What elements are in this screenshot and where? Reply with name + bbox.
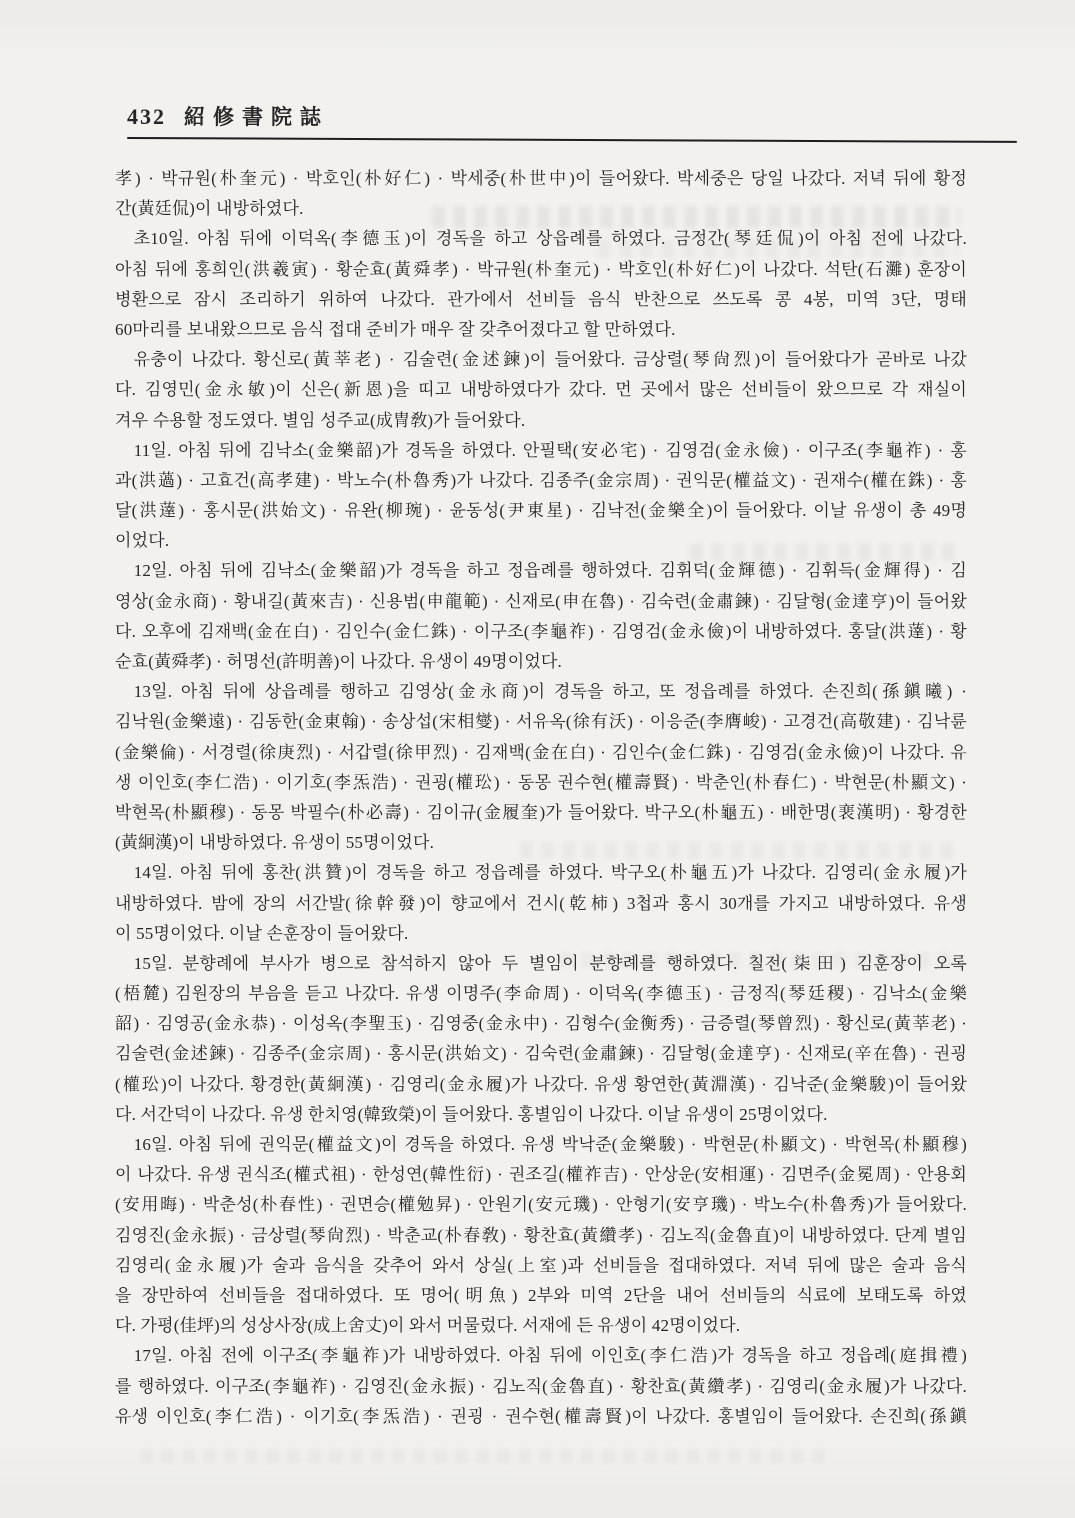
text-line: 17일. 아침 전에 이구조(李龜祚)가 내방하였다. 아침 뒤에 이인호(李仁…: [115, 1341, 967, 1371]
text-line: 김영진(金永振) · 금상렬(琴尙烈) · 박춘교(朴春敎) · 황찬효(黃纘孝…: [115, 1221, 967, 1251]
page-number: 432: [127, 104, 166, 129]
text-line: 병환으로 잠시 조리하기 위하여 나갔다. 관가에서 선비들 음식 반찬으로 쓰…: [115, 285, 967, 315]
text-line: (權玜)이 나갔다. 황경한(黃絅漢) · 김영리(金永履)가 나갔다. 유생 …: [115, 1070, 967, 1100]
text-line: 11일. 아침 뒤에 김낙소(金樂韶)가 경독을 하였다. 안필택(安必宅) ·…: [115, 436, 967, 466]
book-title: 紹修書院誌: [184, 105, 329, 129]
text-line: 유충이 나갔다. 황신로(黃莘老) · 김술련(金述鍊)이 들어왔다. 금상렬(…: [115, 345, 967, 375]
text-line: 를 행하였다. 이구조(李龜祚) · 김영진(金永振) · 김노직(金魯直) ·…: [115, 1372, 967, 1402]
page-header: 432紹修書院誌: [127, 101, 329, 131]
text-line: 유생 이인호(李仁浩) · 이기호(李炁浩) · 권굉 · 권수현(權壽賢)이 …: [115, 1402, 967, 1432]
text-line: (梧麓) 김원장의 부음을 듣고 나갔다. 유생 이명주(李命周) · 이덕옥(…: [115, 979, 967, 1009]
text-line: 16일. 아침 뒤에 권익문(權益文)이 경독을 하였다. 유생 박낙준(金樂駿…: [115, 1130, 967, 1160]
text-line: 孝) · 박규원(朴奎元) · 박호인(朴好仁) · 박세중(朴世中)이 들어왔…: [115, 164, 967, 194]
text-line: 이 55명이었다. 이날 손훈장이 들어왔다.: [115, 919, 967, 949]
text-line: (安用晦) · 박춘성(朴春性) · 권면승(權勉昇) · 안원기(安元璣) ·…: [115, 1190, 967, 1220]
text-line: 다. 오후에 김재백(金在白) · 김인수(金仁銖) · 이구조(李龜祚) · …: [115, 617, 967, 647]
text-line: 순효(黃舜孝) · 허명선(許明善)이 나갔다. 유생이 49명이었다.: [115, 647, 967, 677]
text-line: 60마리를 보내왔으므로 음식 접대 준비가 매우 잘 갖추어졌다고 할 만하였…: [115, 315, 967, 345]
text-line: 영상(金永商) · 황내길(黃來吉) · 신용범(申龍範) · 신재로(申在魯)…: [115, 587, 967, 617]
text-line: 박현목(朴顯穆) · 동몽 박필수(朴必壽) · 김이규(金履奎)가 들어왔다.…: [115, 798, 967, 828]
scan-bleedthrough-artifact: [140, 1450, 830, 1463]
text-line: 을 장만하여 선비들을 접대하였다. 또 명어(明魚) 2부와 미역 2단을 내…: [115, 1281, 967, 1311]
text-line: 과(洪薖) · 고효건(高孝建) · 박노수(朴魯秀)가 나갔다. 김종주(金宗…: [115, 466, 967, 496]
text-line: 달(洪薘) · 홍시문(洪始文) · 유완(柳琬) · 윤동성(尹東星) · 김…: [115, 496, 967, 526]
scanned-book-page: 432紹修書院誌 孝) · 박규원(朴奎元) · 박호인(朴好仁) · 박세중(…: [0, 0, 1075, 1518]
text-line: 김술련(金述鍊) · 김종주(金宗周) · 홍시문(洪始文) · 김숙련(金肅鍊…: [115, 1039, 967, 1069]
text-line: 겨우 수용할 정도였다. 별임 성주교(成冑敎)가 들어왔다.: [115, 406, 967, 436]
text-line: 간(黃廷侃)이 내방하였다.: [115, 194, 967, 224]
text-line: 김낙원(金樂遠) · 김동한(金東翰) · 송상섭(宋相燮) · 서유옥(徐有沃…: [115, 707, 967, 737]
text-line: 이 나갔다. 유생 권식조(權式祖) · 한성연(韓性衍) · 권조길(權祚吉)…: [115, 1160, 967, 1190]
text-line: 다. 서간덕이 나갔다. 유생 한치영(韓致榮)이 들어왔다. 홍별임이 나갔다…: [115, 1100, 967, 1130]
text-line: 다. 가평(佳坪)의 성상사장(成上舍丈)이 와서 머물렀다. 서재에 든 유생…: [115, 1311, 967, 1341]
text-line: 아침 뒤에 홍희인(洪羲寅) · 황순효(黃舜孝) · 박규원(朴奎元) · 박…: [115, 255, 967, 285]
text-line: 韶) · 김영공(金永恭) · 이성옥(李聖玉) · 김영중(金永中) · 김형…: [115, 1009, 967, 1039]
text-line: 이었다.: [115, 526, 967, 556]
text-line: 14일. 아침 뒤에 홍찬(洪贊)이 경독을 하고 정읍례를 하였다. 박구오(…: [115, 858, 967, 888]
text-line: 13일. 아침 뒤에 상읍례를 행하고 김영상(金永商)이 경독을 하고, 또 …: [115, 677, 967, 707]
text-line: 초10일. 아침 뒤에 이덕옥(李德玉)이 경독을 하고 상읍례를 하였다. 금…: [115, 224, 967, 254]
text-line: 생 이인호(李仁浩) · 이기호(李炁浩) · 권굉(權玜) · 동몽 권수현(…: [115, 768, 967, 798]
body-text: 孝) · 박규원(朴奎元) · 박호인(朴好仁) · 박세중(朴世中)이 들어왔…: [115, 164, 967, 1432]
text-line: 12일. 아침 뒤에 김낙소(金樂韶)가 경독을 하고 정읍례를 행하였다. 김…: [115, 556, 967, 586]
text-line: (金樂倫) · 서경렬(徐庚烈) · 서갑렬(徐甲烈) · 김재백(金在白) ·…: [115, 738, 967, 768]
text-line: 내방하였다. 밤에 장의 서간발(徐幹發)이 향교에서 건시(乾柿) 3첩과 홍…: [115, 889, 967, 919]
text-line: (黃絅漢)이 내방하였다. 유생이 55명이었다.: [115, 828, 967, 858]
text-line: 15일. 분향례에 부사가 병으로 참석하지 않아 두 별임이 분향례를 행하였…: [115, 949, 967, 979]
header-rule: [127, 137, 1017, 143]
text-line: 다. 김영민(金永敏)이 신은(新恩)을 띠고 내방하였다가 갔다. 먼 곳에서…: [115, 375, 967, 405]
text-line: 김영리(金永履)가 술과 음식을 갖추어 와서 상실(上室)과 선비들을 접대하…: [115, 1251, 967, 1281]
